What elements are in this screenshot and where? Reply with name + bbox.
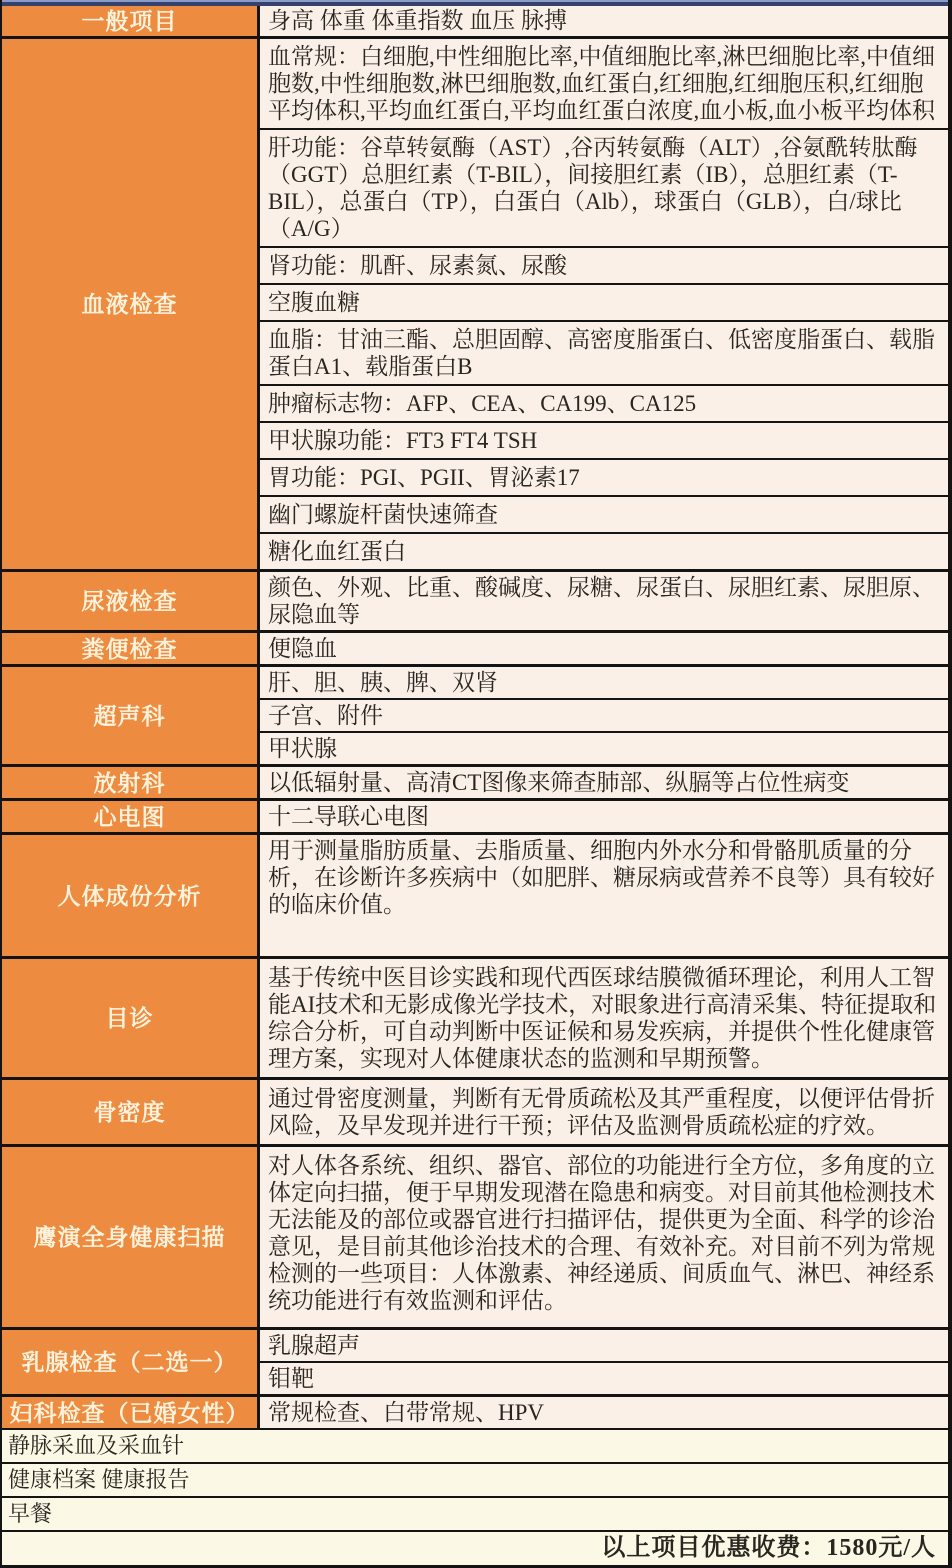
section-row: 鹰演全身健康扫描对人体各系统、组织、器官、部位的功能进行全方位，多角度的立体定向…	[2, 1147, 948, 1330]
category-label: 尿液检查	[82, 588, 178, 614]
category-label: 鹰演全身健康扫描	[34, 1224, 226, 1250]
section-row: 骨密度通过骨密度测量，判断有无骨质疏松及其严重程度，以便评估骨折风险，及早发现并…	[2, 1080, 948, 1147]
detail-row: 血脂：甘油三酯、总胆固醇、高密度脂蛋白、低密度脂蛋白、载脂蛋白A1、载脂蛋白B	[260, 322, 948, 386]
category-cell: 目诊	[2, 959, 260, 1077]
section-row: 一般项目身高 体重 体重指数 血压 脉搏	[2, 6, 948, 39]
price-total-row: 以上项目优惠收费：1580元/人	[2, 1532, 948, 1565]
category-cell: 粪便检查	[2, 633, 260, 664]
section-row: 妇科检查（已婚女性）常规检查、白带常规、HPV	[2, 1397, 948, 1430]
category-label: 骨密度	[94, 1099, 166, 1125]
category-cell: 鹰演全身健康扫描	[2, 1147, 260, 1327]
category-cell: 尿液检查	[2, 572, 260, 630]
detail-cell: 以低辐射量、高清CT图像来筛查肺部、纵膈等占位性病变	[260, 767, 948, 798]
section-row: 心电图十二导联心电图	[2, 801, 948, 835]
detail-row: 幽门螺旋杆菌快速筛查	[260, 497, 948, 534]
detail-row: 甲状腺	[260, 733, 948, 764]
category-label: 放射科	[94, 770, 166, 796]
category-cell: 血液检查	[2, 39, 260, 569]
detail-cell: 基于传统中医目诊实践和现代西医球结膜微循环理论，利用人工智能AI技术和无影成像光…	[260, 959, 948, 1077]
footer-row-breakfast: 早餐	[2, 1498, 948, 1532]
section-row: 尿液检查颜色、外观、比重、酸碱度、尿糖、尿蛋白、尿胆红素、尿胆原、尿隐血等	[2, 572, 948, 633]
detail-row: 子宫、附件	[260, 700, 948, 733]
detail-cell: 十二导联心电图	[260, 801, 948, 832]
exam-package-table: 一般项目身高 体重 体重指数 血压 脉搏血液检查血常规：白细胞,中性细胞比率,中…	[0, 0, 952, 1568]
section-row: 超声科肝、胆、胰、脾、双肾子宫、附件甲状腺	[2, 667, 948, 767]
category-cell: 人体成份分析	[2, 835, 260, 956]
detail-row: 用于测量脂肪质量、去脂质量、细胞内外水分和骨骼肌质量的分析，在诊断许多疾病中（如…	[260, 835, 948, 920]
footer-row-blood-draw: 静脉采血及采血针	[2, 1430, 948, 1464]
category-label: 乳腺检查（二选一）	[22, 1349, 238, 1375]
category-label: 目诊	[106, 1005, 154, 1031]
category-cell: 放射科	[2, 767, 260, 798]
detail-cell: 身高 体重 体重指数 血压 脉搏	[260, 6, 948, 36]
detail-row: 身高 体重 体重指数 血压 脉搏	[260, 6, 948, 35]
category-label: 一般项目	[82, 8, 178, 34]
detail-cell: 肝、胆、胰、脾、双肾子宫、附件甲状腺	[260, 667, 948, 764]
detail-cell: 乳腺超声钼靶	[260, 1330, 948, 1394]
category-cell: 乳腺检查（二选一）	[2, 1330, 260, 1394]
section-row: 人体成份分析用于测量脂肪质量、去脂质量、细胞内外水分和骨骼肌质量的分析，在诊断许…	[2, 835, 948, 959]
category-label: 妇科检查（已婚女性）	[10, 1400, 250, 1426]
detail-cell: 便隐血	[260, 633, 948, 664]
detail-row: 便隐血	[260, 633, 948, 664]
category-cell: 超声科	[2, 667, 260, 764]
detail-cell: 通过骨密度测量，判断有无骨质疏松及其严重程度，以便评估骨折风险，及早发现并进行干…	[260, 1080, 948, 1144]
detail-row: 甲状腺功能：FT3 FT4 TSH	[260, 423, 948, 460]
detail-row: 肝功能：谷草转氨酶（AST）,谷丙转氨酶（ALT）,谷氨酰转肽酶（GGT）总胆红…	[260, 130, 948, 248]
detail-row: 钼靶	[260, 1363, 948, 1394]
detail-row: 胃功能：PGI、PGII、胃泌素17	[260, 460, 948, 497]
detail-row: 肝、胆、胰、脾、双肾	[260, 667, 948, 700]
detail-cell: 血常规：白细胞,中性细胞比率,中值细胞比率,淋巴细胞比率,中值细胞数,中性细胞数…	[260, 39, 948, 569]
section-row: 粪便检查便隐血	[2, 633, 948, 667]
detail-row: 血常规：白细胞,中性细胞比率,中值细胞比率,淋巴细胞比率,中值细胞数,中性细胞数…	[260, 39, 948, 130]
category-cell: 妇科检查（已婚女性）	[2, 1397, 260, 1428]
category-label: 粪便检查	[82, 636, 178, 662]
detail-row: 糖化血红蛋白	[260, 534, 948, 569]
detail-row: 颜色、外观、比重、酸碱度、尿糖、尿蛋白、尿胆红素、尿胆原、尿隐血等	[260, 572, 948, 630]
category-label: 超声科	[94, 703, 166, 729]
detail-row: 空腹血糖	[260, 285, 948, 322]
category-label: 心电图	[94, 804, 166, 830]
category-cell: 心电图	[2, 801, 260, 832]
section-row: 血液检查血常规：白细胞,中性细胞比率,中值细胞比率,淋巴细胞比率,中值细胞数,中…	[2, 39, 948, 572]
sections-container: 一般项目身高 体重 体重指数 血压 脉搏血液检查血常规：白细胞,中性细胞比率,中…	[2, 6, 948, 1430]
detail-row: 以低辐射量、高清CT图像来筛查肺部、纵膈等占位性病变	[260, 767, 948, 798]
footer-row-health-record: 健康档案 健康报告	[2, 1464, 948, 1498]
detail-cell: 对人体各系统、组织、器官、部位的功能进行全方位，多角度的立体定向扫描，便于早期发…	[260, 1147, 948, 1327]
section-row: 乳腺检查（二选一）乳腺超声钼靶	[2, 1330, 948, 1397]
detail-cell: 常规检查、白带常规、HPV	[260, 1397, 948, 1428]
detail-cell: 颜色、外观、比重、酸碱度、尿糖、尿蛋白、尿胆红素、尿胆原、尿隐血等	[260, 572, 948, 630]
detail-row: 常规检查、白带常规、HPV	[260, 1397, 948, 1428]
category-label: 血液检查	[82, 291, 178, 317]
detail-row: 基于传统中医目诊实践和现代西医球结膜微循环理论，利用人工智能AI技术和无影成像光…	[260, 959, 948, 1077]
detail-row: 乳腺超声	[260, 1330, 948, 1363]
section-row: 放射科以低辐射量、高清CT图像来筛查肺部、纵膈等占位性病变	[2, 767, 948, 801]
detail-row: 肿瘤标志物：AFP、CEA、CA199、CA125	[260, 386, 948, 423]
category-label: 人体成份分析	[58, 883, 202, 909]
category-cell: 骨密度	[2, 1080, 260, 1144]
detail-row: 通过骨密度测量，判断有无骨质疏松及其严重程度，以便评估骨折风险，及早发现并进行干…	[260, 1080, 948, 1144]
detail-cell: 用于测量脂肪质量、去脂质量、细胞内外水分和骨骼肌质量的分析，在诊断许多疾病中（如…	[260, 835, 948, 956]
detail-row: 十二导联心电图	[260, 801, 948, 832]
detail-row: 肾功能：肌酐、尿素氮、尿酸	[260, 248, 948, 285]
category-cell: 一般项目	[2, 6, 260, 36]
section-row: 目诊基于传统中医目诊实践和现代西医球结膜微循环理论，利用人工智能AI技术和无影成…	[2, 959, 948, 1080]
detail-row: 对人体各系统、组织、器官、部位的功能进行全方位，多角度的立体定向扫描，便于早期发…	[260, 1147, 948, 1319]
